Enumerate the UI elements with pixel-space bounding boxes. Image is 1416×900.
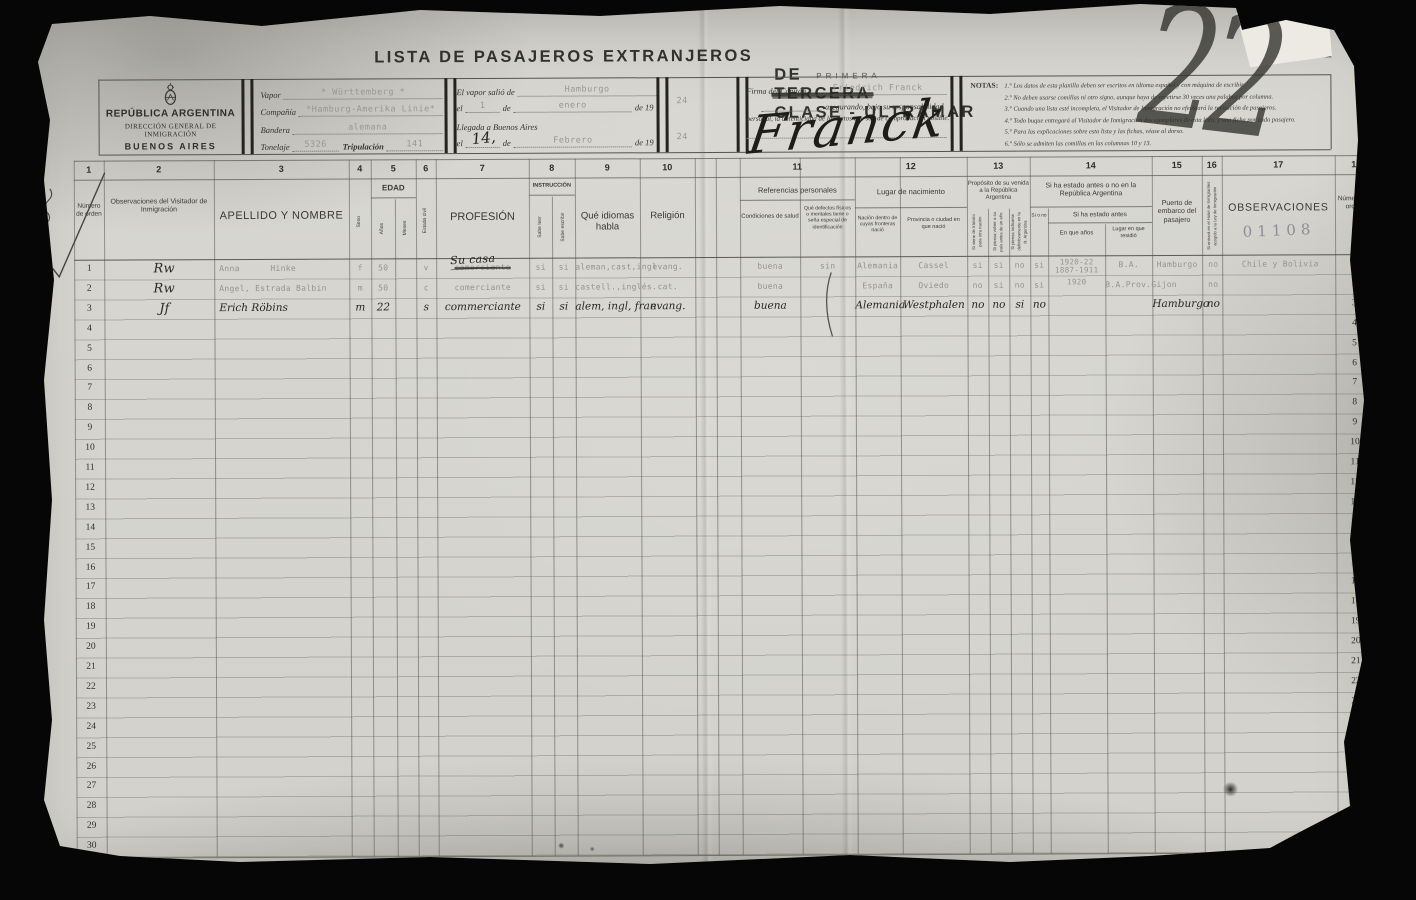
llegada-month: Febrero (514, 135, 632, 146)
row-number: 5 (75, 340, 105, 360)
cell-birth-nation: España (855, 277, 900, 294)
header-provincia: Provincia o ciudad en que nació (902, 217, 965, 230)
header-lugar-nacimiento: Lugar de nacimiento (855, 187, 967, 196)
cell-settle: no (1009, 257, 1030, 274)
header-hotel-inmigrantes: Si entrará en el Hotel de Inmigrantes ac… (1202, 180, 1222, 252)
tonelaje-value: 5326 (293, 140, 339, 150)
header-sexo: Sexo (349, 187, 371, 255)
row-number: 24 (1337, 713, 1375, 733)
cell-profession: comerciante (436, 279, 529, 296)
stamp-number: 01108 (1225, 219, 1334, 241)
cell-visitor-mark: Jf (119, 300, 209, 317)
cell-visitor-mark: Rw (119, 280, 209, 297)
row-number: 24 (76, 718, 106, 738)
row-number: 26 (76, 758, 106, 778)
header-si-o-no: Sí o no (1030, 213, 1048, 221)
cell-years-before: 1920 (1048, 276, 1105, 286)
row-number: 12 (75, 480, 105, 500)
cell-age-years: 50 (371, 279, 395, 296)
tripulacion-value: 141 (387, 139, 443, 149)
agency-department: DIRECCIÓN GENERAL DE INMIGRACIÓN (103, 122, 239, 139)
row-number: 29 (77, 818, 107, 838)
cell-profession: comercianteSu casa (436, 259, 529, 276)
handwritten-bracket-mark (821, 271, 837, 337)
coat-of-arms-icon (160, 82, 180, 106)
row-number: 8 (1336, 394, 1374, 414)
cell-civil-status: v (416, 259, 436, 276)
row-number: 10 (1336, 434, 1374, 454)
handwritten-profession: Su casa (450, 250, 496, 271)
cell-reads: si (529, 298, 552, 315)
row-number: 5 (1336, 335, 1374, 355)
row-number: 11 (1336, 454, 1374, 474)
header-meses: Meses (395, 201, 416, 255)
row-number: 29 (1338, 812, 1376, 832)
row-number: 16 (75, 559, 105, 579)
row-number: 7 (75, 380, 105, 400)
row-number: 28 (77, 798, 107, 818)
cell-birth-province: Cassel (900, 257, 967, 274)
header-sabe-leer: Sabe leer (529, 199, 552, 255)
header-proposito: Propósito de su venida a la República Ar… (967, 181, 1030, 203)
cell-settle: no (1009, 276, 1030, 293)
cell-reads: si (529, 259, 552, 276)
row-number: 9 (1336, 414, 1374, 434)
cell-embark-port: Hamburgo (1152, 256, 1202, 273)
cell-civil-status: s (416, 299, 436, 316)
row-number: 27 (76, 778, 106, 798)
cell-been-before: si (1030, 257, 1048, 274)
header-en-que-anos: En que años (1048, 230, 1105, 237)
row-number: 19 (76, 619, 106, 639)
cell-transit: si (967, 257, 988, 274)
cell-name: Erich Röbins (219, 299, 347, 317)
row-number: 15 (75, 539, 105, 559)
cell-profession: commerciante (436, 299, 529, 316)
header-idiomas: Qué idiomas habla (575, 210, 640, 233)
header-observaciones: OBSERVACIONES (1222, 201, 1335, 214)
cell-health: buena (740, 258, 800, 275)
cell-sex: m (349, 279, 371, 296)
salida-year: 24 (676, 96, 687, 106)
row-number: 23 (1337, 693, 1375, 713)
bandera-label: Bandera (261, 124, 293, 134)
row-number: 18 (1337, 593, 1375, 613)
row-number: 23 (76, 698, 106, 718)
compania-value: *Hamburg-Amerika Linie* (299, 104, 443, 115)
header-numero-orden-right: Número de orden (1335, 195, 1373, 211)
document-page: LISTA DE PASAJEROS EXTRANJEROS DE TERCER… (0, 0, 1416, 900)
header-nacion: Nación dentro de cuyas fronteras nació (856, 215, 899, 234)
row-number: 27 (1337, 772, 1375, 792)
cell-health: buena (740, 277, 800, 294)
cell-birth-province: Oviedo (900, 277, 967, 294)
header-estado-antes: Si ha estado antes o no en la República … (1030, 182, 1152, 199)
cell-observations: Chile y Bolivia (1224, 255, 1336, 272)
bandera-value: alemana (293, 122, 443, 133)
cell-name: Angel, Estrada Balbin (219, 279, 347, 297)
cell-age-years: 22 (371, 299, 395, 316)
header-condiciones-salud: Condiciones de salud (740, 214, 800, 221)
cell-languages: alem, ingl, fran (575, 298, 640, 315)
header-puerto-embarco: Puerto de embarco del pasajero (1152, 200, 1202, 225)
cell-hotel: no (1202, 296, 1224, 313)
cell-religion: evang. (640, 258, 695, 275)
llegada-year: 24 (677, 132, 688, 142)
cell-hotel: no (1202, 256, 1224, 273)
row-number: 20 (1337, 633, 1375, 653)
row-number: 19 (1337, 613, 1375, 633)
llegada-day: 14, (471, 128, 497, 148)
row-number: 20 (76, 639, 106, 659)
cell-religion: evang. (640, 298, 695, 315)
compania-label: Compañía (260, 107, 298, 117)
row-number: 6 (1336, 355, 1374, 375)
header-si-ha-estado: Si ha estado antes (1048, 211, 1152, 219)
row-number: 4 (1335, 315, 1373, 335)
row-number: 22 (76, 679, 106, 699)
cell-reads: si (529, 279, 552, 296)
salida-month: enero (514, 100, 632, 111)
row-number: 26 (1337, 753, 1375, 773)
ship-fields-box: Vapor * Württemberg * Compañía *Hamburg-… (260, 81, 442, 152)
cell-name: Anna Hinke (219, 260, 347, 278)
cell-health: buena (740, 297, 800, 314)
row-number: 17 (76, 579, 106, 599)
row-number: 25 (76, 738, 106, 758)
cell-transit: no (967, 297, 988, 314)
header-volver-pais: Si piensa volver a su país antes de un a… (988, 211, 1009, 253)
header-profesion: PROFESIÓN (436, 211, 529, 225)
row-number: 16 (1336, 554, 1374, 574)
header-religion: Religión (640, 210, 695, 222)
captain-box: Firma del Capitán Friedrich Franck asegu… (746, 79, 946, 139)
header-instruccion: INSTRUCCIÓN (529, 183, 575, 190)
header-anos: Años (371, 201, 395, 255)
row-number: 6 (75, 360, 105, 380)
salida-label: El vapor salió de (456, 87, 517, 97)
header-referencias: Referencias personales (740, 185, 855, 195)
salida-day: 1 (466, 101, 500, 111)
header-edad: EDAD (371, 183, 416, 193)
row-number: 14 (75, 519, 105, 539)
tripulacion-label: Tripulación (339, 141, 387, 151)
row-number: 28 (1338, 792, 1376, 812)
row-number: 12 (1336, 474, 1374, 494)
row-number: 30 (77, 838, 107, 858)
passenger-rows: Rw Anna Hinke f 50 v comercianteSu casa … (69, 255, 1379, 261)
cell-languages: castell.,inglés. (575, 278, 640, 295)
pencil-annotation-number: 22 (1131, 0, 1287, 177)
cell-embark-port: Hamburgo (1152, 296, 1202, 313)
vapor-label: Vapor (260, 89, 283, 99)
cell-civil-status: c (416, 279, 436, 296)
tonelaje-label: Tonelaje (261, 142, 293, 152)
row-number: 7 (1336, 374, 1374, 394)
row-number: 17 (1337, 573, 1375, 593)
row-number: 15 (1336, 534, 1374, 554)
cell-years-before: 1920-22 1887-1911 (1048, 256, 1105, 274)
cell-birth-nation: Alemania (855, 257, 900, 274)
scanned-document: LISTA DE PASAJEROS EXTRANJEROS DE TERCER… (0, 0, 1416, 900)
row-number: 4 (74, 320, 104, 340)
cell-settle: si (1009, 296, 1030, 313)
cell-sex: m (349, 299, 371, 316)
row-number: 11 (75, 460, 105, 480)
cell-transit: no (967, 277, 988, 294)
agency-box: REPÚBLICA ARGENTINA DIRECCIÓN GENERAL DE… (102, 82, 238, 152)
cell-return: si (988, 277, 1009, 294)
header-transito: Si viene de tránsito para otra nación (967, 211, 988, 253)
salida-port: Hamburgo (518, 84, 657, 95)
cell-languages: aleman,cast,ingl (575, 258, 640, 275)
header-sabe-escribir: Sabe escribir (552, 199, 575, 255)
row-number: 21 (1337, 653, 1375, 673)
cell-sex: f (349, 259, 371, 276)
header-defectos: Qué defectos físicos o mentales tiene o … (802, 205, 853, 230)
row-number: 30 (1338, 832, 1376, 852)
cell-return: no (988, 296, 1009, 313)
vapor-value: * Württemberg * (284, 87, 443, 98)
row-number: 14 (1336, 514, 1374, 534)
header-radicarse: Si piensa radicarse definitivamente en l… (1009, 211, 1030, 253)
cell-return: si (988, 257, 1009, 274)
cell-place-resided: B.A. (1105, 256, 1152, 273)
row-grid-lines (74, 255, 1376, 858)
cell-been-before: no (1030, 296, 1048, 313)
cell-writes: si (552, 278, 575, 295)
row-number: 21 (76, 659, 106, 679)
llegada-label: Llegada a Buenos Aires (457, 122, 538, 132)
cell-writes: si (552, 298, 575, 315)
notes-label: NOTAS: (970, 81, 998, 90)
row-number: 18 (76, 599, 106, 619)
cell-visitor-mark: Rw (119, 260, 209, 277)
cell-hotel: no (1202, 276, 1224, 293)
row-number: 13 (1336, 494, 1374, 514)
header-estado-civil: Estado civil (416, 185, 436, 255)
firma-label: Firma del Capitán (746, 87, 809, 96)
row-number: 13 (75, 499, 105, 519)
row-number: 10 (75, 440, 105, 460)
voyage-box: El vapor salió de Hamburgo el 1 de enero… (456, 80, 656, 148)
cell-writes: si (552, 259, 575, 276)
header-lugar-residio: Lugar en que residió (1105, 226, 1152, 239)
row-number: 22 (1337, 673, 1375, 693)
cell-birth-province: Westphalen (900, 297, 967, 314)
page-title: LISTA DE PASAJEROS EXTRANJEROS (374, 47, 753, 68)
row-number: 9 (75, 420, 105, 440)
header-apellido-nombre: APELLIDO Y NOMBRE (214, 210, 349, 224)
cell-place-resided: B.A.Prov.Gijon (1105, 276, 1152, 293)
cell-been-before: si (1030, 276, 1048, 293)
agency-country: REPÚBLICA ARGENTINA (103, 108, 239, 120)
row-number: 8 (75, 400, 105, 420)
cell-age-years: 50 (371, 259, 395, 276)
cell-religion: cat. (640, 278, 695, 295)
cell-birth-nation: Alemania (855, 297, 900, 314)
margin-pencil-annotation (25, 151, 126, 291)
passenger-table: 1 2 3 4 5 6 7 8 9 10 11 12 13 14 15 16 1… (69, 155, 1382, 861)
row-number: 25 (1337, 733, 1375, 753)
cell-years-before (1048, 296, 1105, 298)
